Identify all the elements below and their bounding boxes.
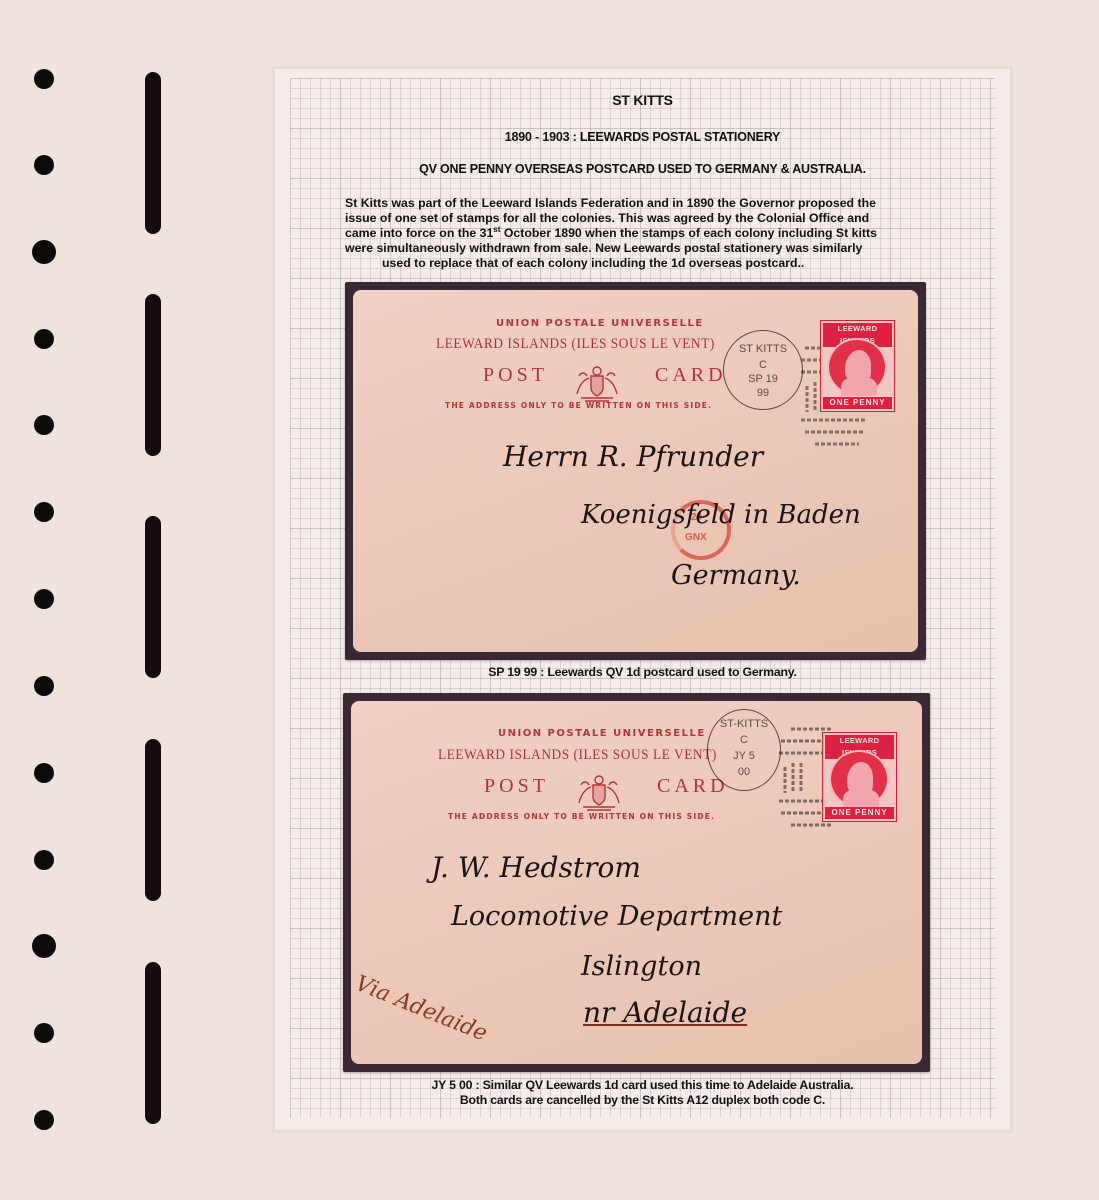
intro-line: St Kitts was part of the Leeward Islands… (345, 196, 905, 211)
punch-hole (32, 934, 56, 958)
page-title: ST KITTS (290, 92, 995, 108)
punch-hole (34, 676, 54, 696)
postcard-face: UNION POSTALE UNIVERSELLE LEEWARD ISLAND… (351, 701, 922, 1064)
intro-paragraph: St Kitts was part of the Leeward Islands… (345, 196, 905, 271)
section-heading: QV ONE PENNY OVERSEAS POSTCARD USED TO G… (290, 162, 995, 176)
routing-note: Via Adelaide (352, 971, 491, 1047)
address-line: Koenigsfeld in Baden (581, 500, 861, 530)
binder-slot (145, 962, 161, 1124)
address-instruction: THE ADDRESS ONLY TO BE WRITTEN ON THIS S… (445, 401, 712, 410)
caption-germany: SP 19 99 : Leewards QV 1d postcard used … (290, 665, 995, 679)
punch-hole (34, 850, 54, 870)
punch-hole (34, 763, 54, 783)
punch-hole (34, 1110, 54, 1130)
punch-hole (34, 329, 54, 349)
one-penny-indicium: LEEWARD ISLANDS ONE PENNY (822, 732, 897, 822)
queen-victoria-portrait-icon (827, 338, 887, 396)
royal-coat-of-arms-icon (575, 773, 623, 813)
punch-hole (34, 1023, 54, 1043)
country-header: LEEWARD ISLANDS (ILES SOUS LE VENT) (438, 747, 717, 764)
address-line: J. W. Hedstrom (431, 851, 641, 884)
queen-victoria-portrait-icon (829, 750, 889, 808)
caption-australia-line2: Both cards are cancelled by the St Kitts… (290, 1093, 995, 1107)
one-penny-indicium: LEEWARD ISLANDS ONE PENNY (820, 320, 895, 412)
upu-header: UNION POSTALE UNIVERSELLE (496, 318, 704, 329)
punch-hole (34, 155, 54, 175)
postcard-australia: UNION POSTALE UNIVERSELLE LEEWARD ISLAND… (343, 693, 930, 1072)
intro-line: issue of one set of stamps for all the c… (345, 211, 905, 226)
intro-line: were simultaneously withdrawn from sale.… (345, 241, 905, 256)
address-instruction: THE ADDRESS ONLY TO BE WRITTEN ON THIS S… (448, 812, 715, 821)
punch-hole (34, 415, 54, 435)
card-label: CARD (655, 364, 727, 387)
address-line: Germany. (671, 560, 801, 591)
st-kitts-postmark: ST KITTS C SP 19 99 (723, 330, 803, 410)
postcard-face: UNION POSTALE UNIVERSELLE LEEWARD ISLAND… (353, 290, 918, 652)
punch-hole (34, 69, 54, 89)
binder-slot (145, 72, 161, 234)
postcard-germany: UNION POSTALE UNIVERSELLE LEEWARD ISLAND… (345, 282, 926, 660)
address-line: Islington (581, 951, 702, 982)
punch-hole (32, 240, 56, 264)
punch-hole (34, 502, 54, 522)
page-subtitle: 1890 - 1903 : LEEWARDS POSTAL STATIONERY (290, 130, 995, 144)
binder-slot (145, 294, 161, 456)
address-line: nr Adelaide (583, 996, 747, 1029)
punch-hole (34, 589, 54, 609)
intro-line: used to replace that of each colony incl… (345, 256, 905, 271)
upu-header: UNION POSTALE UNIVERSELLE (498, 728, 706, 739)
caption-australia-line1: JY 5 00 : Similar QV Leewards 1d card us… (290, 1078, 995, 1092)
post-label: POST (484, 775, 549, 798)
post-label: POST (483, 364, 548, 387)
binder-slot (145, 739, 161, 901)
intro-line: came into force on the 31st October 1890… (345, 226, 905, 241)
binder-slot (145, 516, 161, 678)
royal-coat-of-arms-icon (573, 364, 621, 404)
address-line: Locomotive Department (451, 901, 782, 932)
country-header: LEEWARD ISLANDS (ILES SOUS LE VENT) (436, 336, 715, 353)
address-line: Herrn R. Pfrunder (503, 440, 763, 473)
st-kitts-postmark: ST-KITTS C JY 5 00 (707, 709, 781, 791)
